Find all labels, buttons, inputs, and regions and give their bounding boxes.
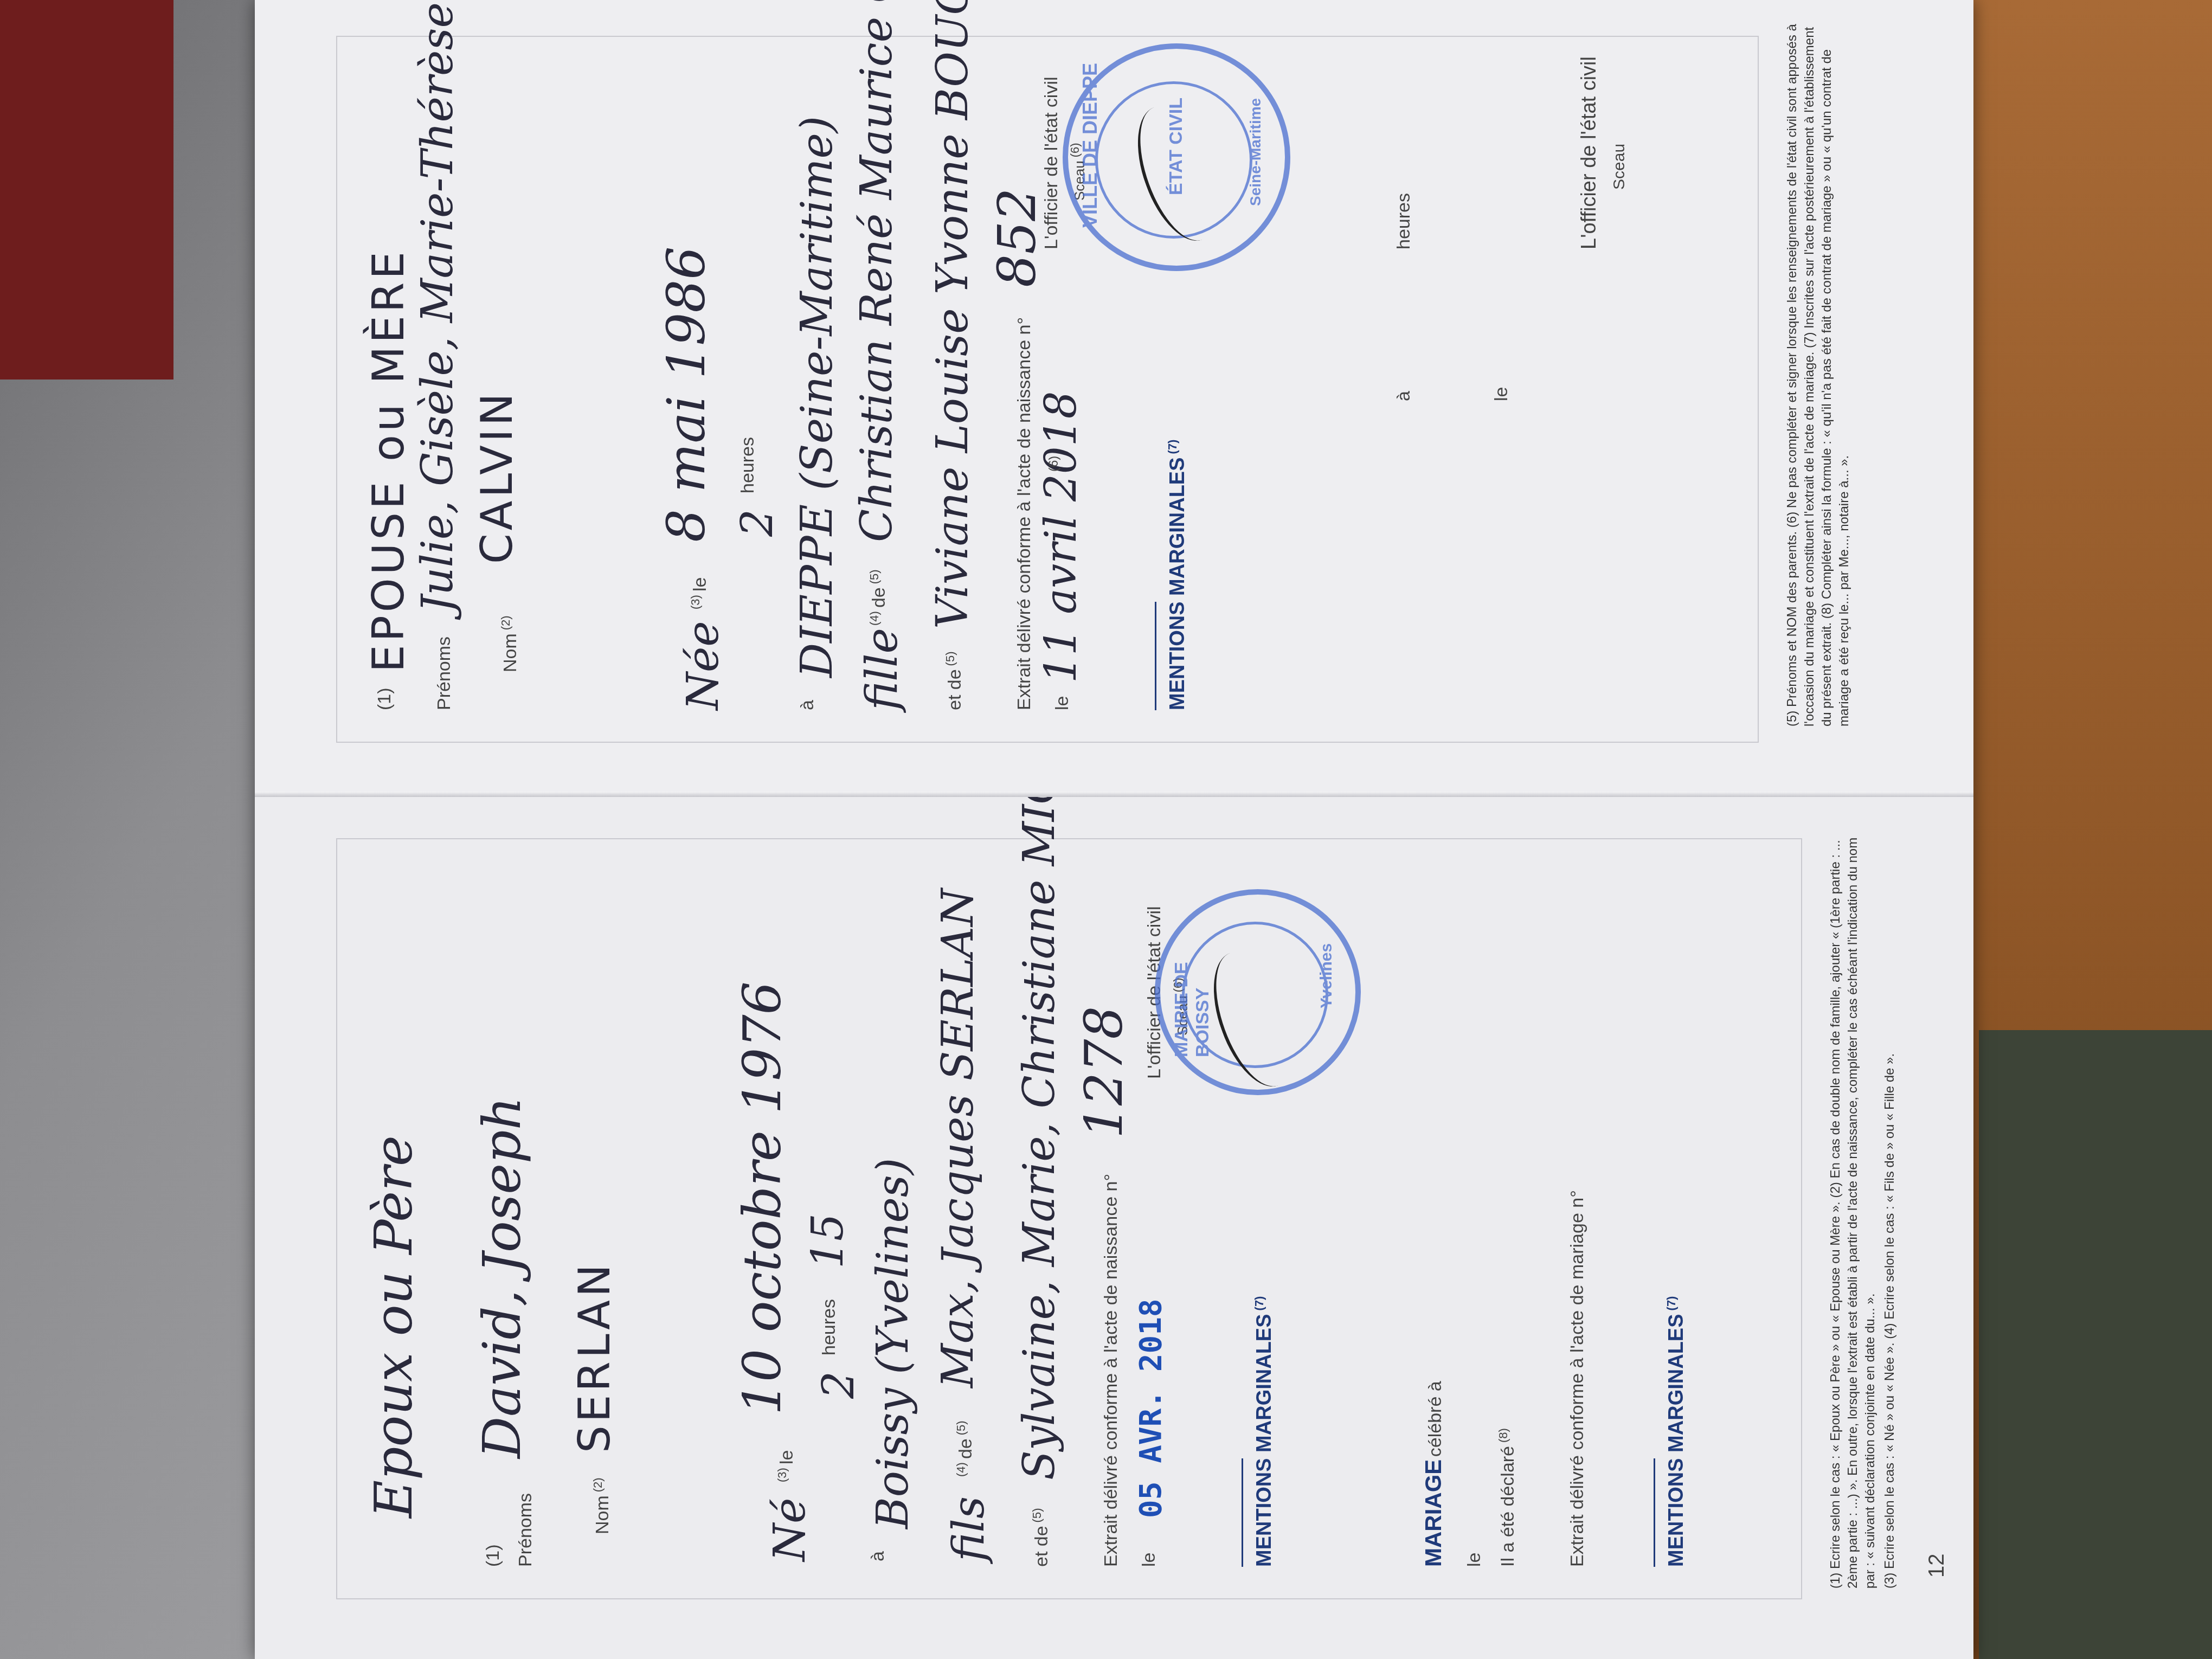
ref-1: (1) [483, 1544, 504, 1567]
mentions-marginales: MENTIONS MARGINALES(7) [1252, 1293, 1276, 1567]
background-red-fabric [0, 0, 173, 380]
extrait-ref: (6) [1046, 456, 1062, 472]
mentions-marginales-2: MENTIONS MARGINALES(7) [1664, 1293, 1688, 1567]
ne-handwritten: Né [764, 1498, 815, 1561]
fille-handwritten: fille [857, 628, 907, 710]
birth-place: Boissy (Yvelines) [867, 1158, 918, 1529]
mother-name: Viviane Louise Yvonne BOUCHER [927, 0, 978, 629]
right-page: (1) EPOUSE ou MÈRE Prénoms Julie, Gisèle… [255, 0, 1973, 792]
sceau-label-2: Sceau [1610, 144, 1629, 190]
page-number: 12 [1925, 1554, 1949, 1578]
birth-minutes: 15 [802, 1213, 853, 1269]
birth-date: 8 mai 1986 [656, 247, 717, 542]
extrait-le-label: le [1052, 696, 1073, 710]
background-dark-fabric [1979, 1030, 2212, 1659]
nom-value: CALVIN [472, 390, 522, 564]
father-name: Max, Jacques SERLAN [933, 889, 983, 1388]
extrait-le-label: le [1139, 1553, 1160, 1567]
role-handwritten: Epoux ou Père [363, 1135, 424, 1518]
ne-le-label: (3)le [775, 1450, 798, 1486]
birth-hour: 2 [732, 509, 782, 537]
declare-label: Il a été déclaré(8) [1496, 1425, 1519, 1567]
footnote-3: (5) Prénoms et NOM des parents. (6) Ne p… [1784, 22, 1853, 726]
mentions-marginales: MENTIONS MARGINALES(7) [1166, 436, 1189, 710]
mariage-heading: MARIAGE célébré à [1420, 1381, 1446, 1567]
a-label: à [797, 700, 818, 710]
ref-1: (1) [374, 687, 395, 710]
role-handwritten: EPOUSE ou MÈRE [363, 248, 414, 672]
et-de-label: et de(5) [1030, 1504, 1052, 1567]
le-label-2: le [1491, 387, 1512, 401]
heures-label: heures [737, 437, 758, 493]
footnote-1: (1) Ecrire selon le cas : « Epoux ou Pèr… [1827, 829, 1879, 1589]
fils-handwritten: fils [943, 1496, 994, 1561]
extrait-date: 11 avril 2018 [1036, 391, 1086, 683]
heures-label: heures [819, 1299, 840, 1355]
date-stamp: 05 AVR. 2018 [1133, 1298, 1168, 1518]
prenoms-value: David, Joseph [472, 1097, 532, 1458]
fils-de-label: (4)de(5) [954, 1417, 976, 1480]
birth-date: 10 octobre 1976 [732, 981, 793, 1415]
divider-2 [1654, 1458, 1655, 1567]
prenoms-label: Prénoms [434, 636, 455, 710]
nom-value: SERLAN [569, 1261, 620, 1453]
acte-number: 1278 [1073, 1006, 1134, 1139]
nom-label: Nom(2) [499, 612, 521, 672]
prenoms-value: Julie, Gisèle, Marie-Thérèse [412, 2, 462, 613]
nom-label: Nom(2) [591, 1474, 613, 1534]
left-page: Epoux ou Père (1) Prénoms David, Joseph … [255, 792, 1973, 1659]
divider [1155, 602, 1156, 710]
extrait-naissance-label: Extrait délivré conforme à l'acte de nai… [1101, 1174, 1122, 1567]
a-label-2: à [1393, 391, 1414, 401]
nee-handwritten: Née [678, 621, 728, 710]
birth-hour: 2 [813, 1371, 864, 1399]
et-de-label: et de(5) [943, 648, 966, 710]
father-name: Christian René Maurice CALVIN [851, 0, 902, 542]
birth-place: DIEPPE (Seine-Maritime) [792, 116, 842, 678]
mariage-le-label: le [1464, 1553, 1485, 1567]
a-label: à [867, 1551, 889, 1561]
fille-de-label: (4)de(5) [867, 566, 890, 629]
acte-number: 852 [987, 188, 1047, 287]
family-booklet: Epoux ou Père (1) Prénoms David, Joseph … [255, 0, 1973, 1659]
prenoms-label: Prénoms [515, 1493, 536, 1567]
footnote-2: (3) Ecrire selon le cas : « Né » ou « Né… [1881, 829, 1899, 1589]
officier-label: L'officier de l'état civil [1041, 76, 1062, 249]
booklet-spread: Epoux ou Père (1) Prénoms David, Joseph … [255, 0, 1973, 1659]
extrait-mariage-label: Extrait délivré conforme à l'acte de mar… [1567, 1190, 1588, 1567]
divider [1242, 1458, 1243, 1567]
heures-label-2: heures [1393, 193, 1414, 249]
nee-le-label: (3)le [689, 577, 711, 613]
extrait-naissance-label: Extrait délivré conforme à l'acte de nai… [1014, 317, 1035, 710]
officier-label-2: L'officier de l'état civil [1578, 56, 1601, 249]
